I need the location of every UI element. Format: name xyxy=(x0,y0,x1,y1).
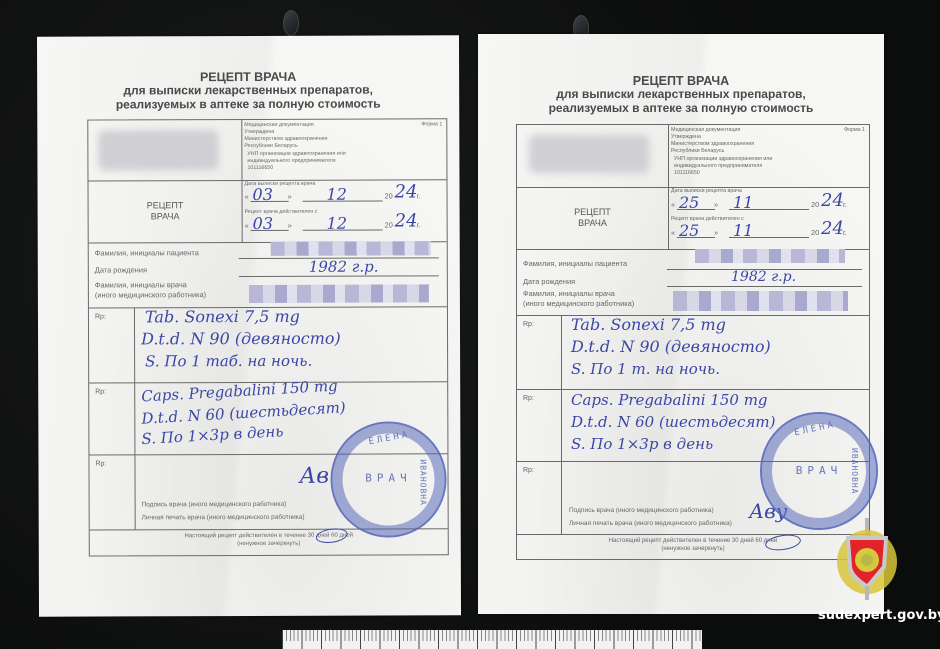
year-prefix: 20 xyxy=(385,191,393,201)
patient-row: Фамилия, инициалы пациента Дата рождения… xyxy=(517,249,869,316)
quote-close: » xyxy=(714,228,718,238)
doctor-name-label: Фамилия, инициалы врача (иного медицинск… xyxy=(95,280,206,300)
title-line-3: реализуемых в аптеке за полную стоимость xyxy=(478,102,884,116)
doctor-signature: Ав xyxy=(299,464,329,489)
valid-year: 24 xyxy=(821,218,844,239)
stamp-name-text: ЕЛЕНА xyxy=(793,420,836,439)
rp-label: Rp: xyxy=(523,467,534,474)
issue-year: 24 xyxy=(821,190,844,211)
med-doc-label: Медицинская документация xyxy=(244,122,313,128)
quote-close: » xyxy=(714,200,718,210)
title-line-2: для выписки лекарственных препаратов, xyxy=(478,88,884,102)
issue-year: 24 xyxy=(394,181,417,202)
issue-day: 03 xyxy=(253,185,273,204)
recipe-label: РЕЦЕПТ ВРАЧА xyxy=(517,207,668,230)
issue-month: 12 xyxy=(327,185,347,204)
doctor-stamp: ЕЛЕНА ИВАНОВНА ВРАЧ xyxy=(760,412,878,530)
rx1-line2: D.t.d. N 90 (девяносто) xyxy=(571,337,771,356)
validity-note: (ненужное зачеркнуть) xyxy=(517,545,869,553)
issue-day: 25 xyxy=(679,193,699,212)
doctor-label-2: (иного медицинского работника) xyxy=(523,299,634,309)
patient-name-label: Фамилия, инициалы пациента xyxy=(523,259,627,269)
birth-date-label: Дата рождения xyxy=(523,277,575,287)
seal-label: Личная печать врача (иного медицинского … xyxy=(142,514,305,523)
rp-label: Rp: xyxy=(95,388,106,395)
form-number: Форма 1 xyxy=(844,127,865,134)
valid-year: 24 xyxy=(395,210,418,231)
patient-row: Фамилия, инициалы пациента Дата рождения… xyxy=(89,241,447,308)
birth-date-value: 1982 г.р. xyxy=(731,269,796,285)
quote-close: » xyxy=(288,221,292,231)
stamp-title-text: ВРАЧ xyxy=(762,464,876,477)
rx2-line2: D.t.d. N 60 (шестьдесят) xyxy=(571,413,775,431)
dates-row: РЕЦЕПТ ВРАЧА Дата выписки рецепта врача … xyxy=(517,187,869,250)
redacted-patient-name xyxy=(271,241,431,256)
year-suffix: г. xyxy=(417,220,421,230)
source-watermark[interactable]: sudexpert.gov.by xyxy=(818,608,940,623)
form-title: РЕЦЕПТ ВРАЧА для выписки лекарственных п… xyxy=(37,69,459,112)
quote-open: « xyxy=(671,200,675,210)
recipe-label-2: ВРАЧА xyxy=(517,218,668,229)
header-row: Медицинская документацияФорма 1 Утвержде… xyxy=(88,119,446,181)
doctor-name-label: Фамилия, инициалы врача (иного медицинск… xyxy=(523,289,634,308)
header-row: Медицинская документацияФорма 1 Утвержде… xyxy=(517,125,869,188)
ministry-label: Министерством здравоохранения xyxy=(671,141,865,148)
quote-open: « xyxy=(245,192,249,202)
forensic-service-emblem-icon xyxy=(836,518,898,602)
rx1-line2: D.t.d. N 90 (девяносто) xyxy=(141,329,341,349)
rx1-line1: Tab. Sonexi 7,5 mg xyxy=(145,307,300,327)
unp-label: УНП организации здравоохранения или xyxy=(671,156,865,163)
validity-note: (ненужное зачеркнуть) xyxy=(90,540,448,550)
approved-label: Утверждена xyxy=(671,134,865,141)
valid-month: 12 xyxy=(327,214,347,233)
recipe-label: РЕЦЕПТ ВРАЧА xyxy=(89,200,242,223)
binder-clip-left xyxy=(283,10,299,36)
quote-open: « xyxy=(245,221,249,231)
year-suffix: г. xyxy=(843,228,847,238)
signature-label: Подпись врача (иного медицинского работн… xyxy=(142,501,287,510)
entrepreneur-label: индивидуального предпринимателя xyxy=(671,163,865,170)
dates-row: РЕЦЕПТ ВРАЧА Дата выписки рецепта врача … xyxy=(88,179,446,243)
title-line-1: РЕЦЕПТ ВРАЧА xyxy=(478,74,884,88)
year-prefix: 20 xyxy=(811,228,819,238)
med-doc-label: Медицинская документация xyxy=(671,127,740,133)
redacted-patient-name xyxy=(695,249,845,263)
form-title: РЕЦЕПТ ВРАЧА для выписки лекарственных п… xyxy=(478,74,884,116)
doctor-label-1: Фамилия, инициалы врача xyxy=(523,289,634,299)
title-line-3: реализуемых в аптеке за полную стоимость xyxy=(37,97,459,112)
prescription-sheet-left: РЕЦЕПТ ВРАЧА для выписки лекарственных п… xyxy=(37,35,461,616)
valid-month: 11 xyxy=(733,221,753,240)
rx2-line3: S. По 1×3р в день xyxy=(571,435,713,453)
validity-footer: Настоящий рецепт действителен в течение … xyxy=(517,537,869,554)
form-approval-info: Медицинская документацияФорма 1 Утвержде… xyxy=(244,119,442,180)
measurement-ruler xyxy=(282,630,702,649)
rp-label: Rp: xyxy=(523,395,534,402)
year-suffix: г. xyxy=(843,200,847,210)
rp-label: Rp: xyxy=(95,460,106,467)
year-prefix: 20 xyxy=(385,220,393,230)
validity-text: Настоящий рецепт действителен в течение … xyxy=(517,537,869,545)
redacted-doctor-name xyxy=(673,291,848,311)
country-label: Республики Беларусь xyxy=(671,148,865,155)
issue-month: 11 xyxy=(733,193,753,212)
signature-label: Подпись врача (иного медицинского работн… xyxy=(569,507,714,516)
rx2-line1: Caps. Pregabalini 150 mg xyxy=(571,391,768,409)
redacted-clinic-stamp xyxy=(529,135,649,173)
unp-value: 101116650 xyxy=(671,170,865,177)
redacted-clinic-stamp xyxy=(98,130,218,170)
rx-row-1: Rp: Tab. Sonexi 7,5 mg D.t.d. N 90 (девя… xyxy=(89,306,447,383)
birth-date-value: 1982 г.р. xyxy=(309,258,379,276)
rp-label: Rp: xyxy=(95,313,106,320)
year-suffix: г. xyxy=(417,191,421,201)
valid-day: 03 xyxy=(253,214,273,233)
rx1-line3: S. По 1 таб. на ночь. xyxy=(145,352,312,371)
rx1-line3: S. По 1 т. на ночь. xyxy=(571,360,720,378)
patient-name-label: Фамилия, инициалы пациента xyxy=(95,248,199,258)
rp-label: Rp: xyxy=(523,321,534,328)
unp-value: 101116650 xyxy=(244,164,442,172)
redacted-doctor-name xyxy=(249,284,429,303)
doctor-stamp: ЕЛЕНА ИВАНОВНА ВРАЧ xyxy=(330,421,446,537)
doctor-label-2: (иного медицинского работника) xyxy=(95,290,206,300)
quote-open: « xyxy=(671,228,675,238)
recipe-label-2: ВРАЧА xyxy=(89,211,242,223)
valid-day: 25 xyxy=(679,221,699,240)
stamp-name-text: ЕЛЕНА xyxy=(368,430,411,447)
birth-date-label: Дата рождения xyxy=(95,265,147,275)
seal-label: Личная печать врача (иного медицинского … xyxy=(569,520,732,529)
stamp-title-text: ВРАЧ xyxy=(333,471,445,484)
rx1-line1: Tab. Sonexi 7,5 mg xyxy=(571,315,726,334)
recipe-label-1: РЕЦЕПТ xyxy=(517,207,668,218)
doctor-label-1: Фамилия, инициалы врача xyxy=(95,280,206,290)
year-prefix: 20 xyxy=(811,200,819,210)
recipe-label-1: РЕЦЕПТ xyxy=(89,200,242,212)
form-approval-info: Медицинская документацияФорма 1 Утвержде… xyxy=(671,125,865,187)
quote-close: » xyxy=(288,192,292,202)
rx-row-1: Rp: Tab. Sonexi 7,5 mg D.t.d. N 90 (девя… xyxy=(517,315,869,390)
form-number: Форма 1 xyxy=(421,121,442,128)
prescription-sheet-right: РЕЦЕПТ ВРАЧА для выписки лекарственных п… xyxy=(478,34,884,614)
